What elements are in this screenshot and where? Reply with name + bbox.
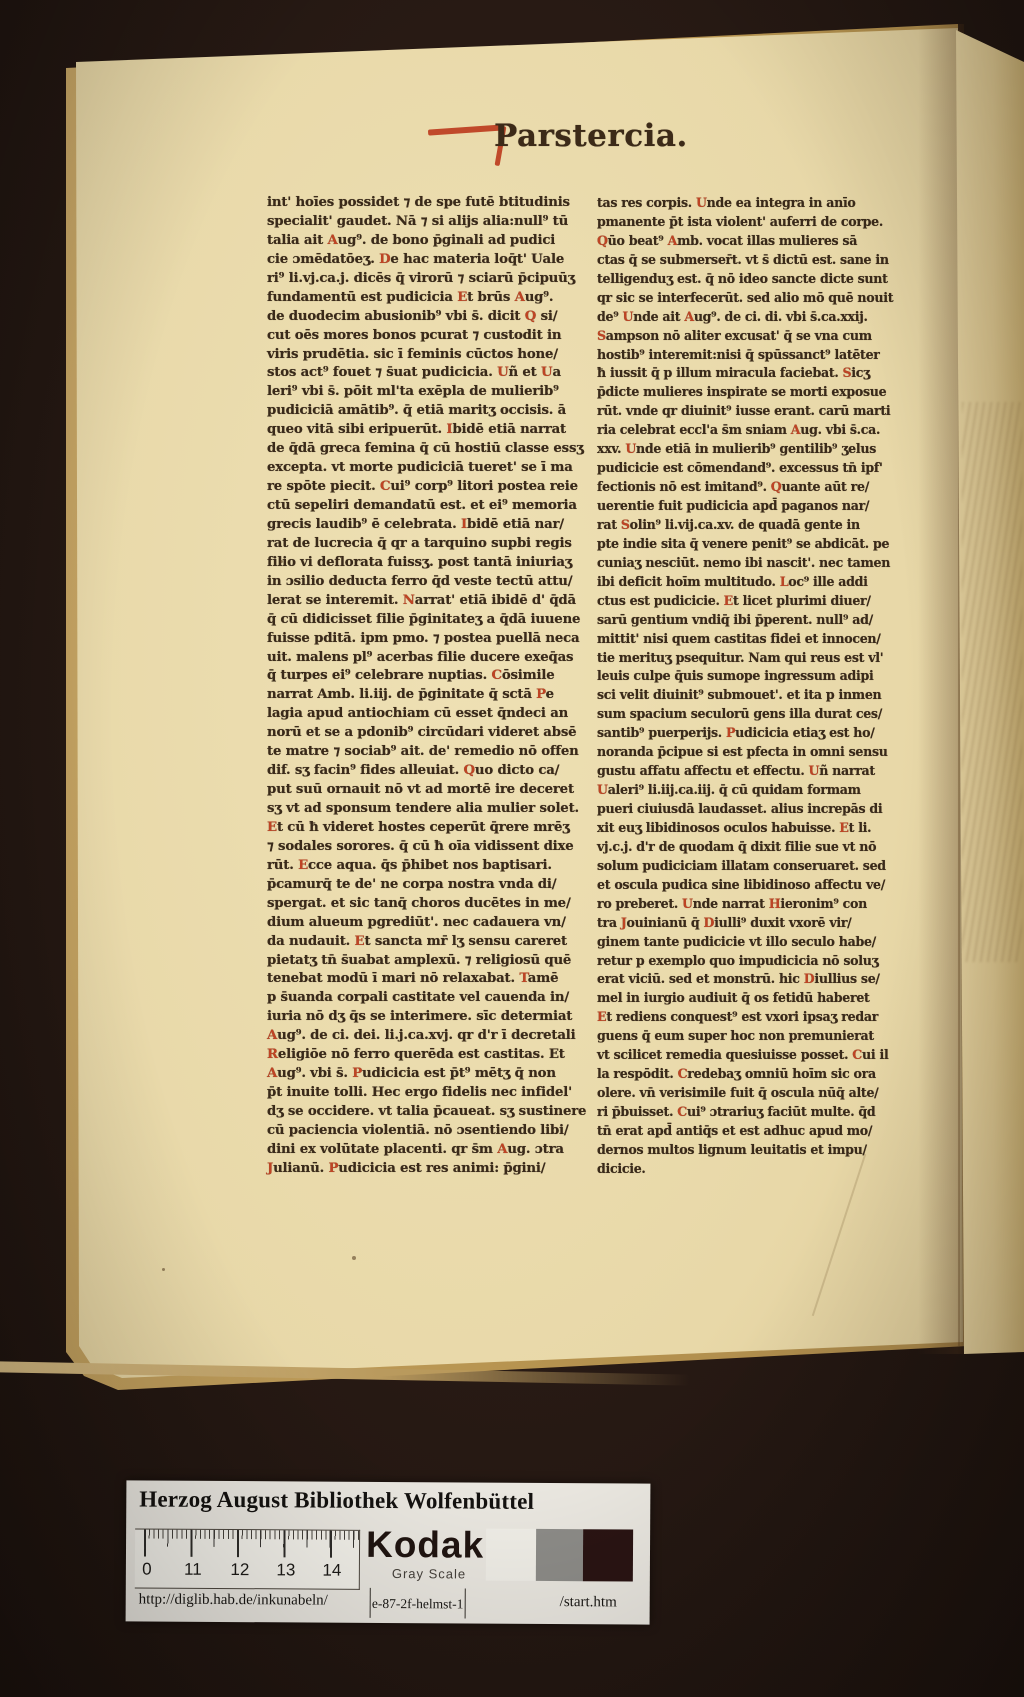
text-line: ctus est pudicicie. Et licet plurimi diu… xyxy=(597,592,871,611)
rubricated-initial: P xyxy=(328,1161,338,1176)
text-line: uit. malens pl⁹ acerbas filie ducere exe… xyxy=(267,649,579,668)
text-line: olere. vn̄ verisimile fuit q̄ oscula nūq… xyxy=(597,1084,871,1103)
rubricated-initial: S xyxy=(843,365,852,380)
text-line: Sampson nō aliter excusat' q̄ se vna cum xyxy=(597,327,871,346)
text-line: re spōte piecit. Cui⁹ corp⁹ litori poste… xyxy=(267,478,579,497)
text-line: Aug⁹. vbi s̄. Pudicicia est p̄t⁹ mētʒ q̄… xyxy=(267,1065,579,1084)
rubricated-initial: D xyxy=(704,915,715,930)
rubricated-initial: I xyxy=(461,517,467,532)
text-line: ro preberet. Unde narrat Hieronim⁹ con xyxy=(597,895,871,914)
text-line: Et cū ħ videret hostes ceperūt q̄rere mr… xyxy=(267,819,579,838)
text-line: telligenduʒ est. q̄ nō ideo sancte dicte… xyxy=(597,270,871,289)
text-line: ria celebrat eccl'a s̄m sniam Aug. vbi s… xyxy=(597,421,871,440)
rubricated-initial: U xyxy=(696,195,707,210)
rubricated-initial: T xyxy=(519,971,527,986)
page-title: Parstercia. xyxy=(494,118,688,154)
text-line: ħ iussit q̄ p illum miracula faciebat. S… xyxy=(597,364,871,383)
text-line: q̄ turpes ei⁹ celebrare nuptias. Cōsimil… xyxy=(267,667,579,686)
text-line: xxv. Unde etiā in mulierib⁹ gentilib⁹ ʒe… xyxy=(597,440,871,459)
text-line: pudiciciā amātib⁹. q̄ etiā maritʒ occisi… xyxy=(267,402,579,421)
text-line: uerentie fuit pudicicia apd̄ paganos nar… xyxy=(597,497,871,516)
text-line: leri⁹ vbi s̄. pōit ml'ta exēpla de mulie… xyxy=(267,383,579,402)
gray-scale-label: Gray Scale xyxy=(392,1566,466,1581)
text-line: xit euʒ libidinosos oculos habuisse. Et … xyxy=(597,819,871,838)
text-line: Et rediens conquest⁹ est vxori ipsaʒ red… xyxy=(597,1008,871,1027)
text-line: int' hoīes possidet ⁊ de spe futē btitud… xyxy=(267,194,579,213)
text-line: fuisse pditā. ipm pmo. ⁊ postea puellā n… xyxy=(267,630,579,649)
text-line: pmanente p̄t ista violent' auferri de co… xyxy=(597,213,871,232)
rubricated-initial: E xyxy=(724,593,733,608)
shelfmark: e-87-2f-helmst-1 xyxy=(370,1588,466,1619)
text-line: Qūo beat⁹ Amb. vocat illas mulieres sā xyxy=(597,232,871,251)
ruler-label: 12 xyxy=(230,1560,249,1580)
ruler-label: 14 xyxy=(322,1561,341,1581)
rubricated-initial: C xyxy=(678,1066,688,1081)
text-line: q̄ cū didicisset filie p̄ginitateʒ a q̄d… xyxy=(267,611,579,630)
card-bottom-row: http://diglib.hab.de/inkunabeln/ e-87-2f… xyxy=(126,1588,650,1621)
rubricated-initial: A xyxy=(267,1066,277,1081)
text-line: p s̄uanda corpali castitate vel cauenda … xyxy=(267,989,579,1008)
text-line: dini ex volūtate placenti. qr s̄m Aug. ɔ… xyxy=(267,1141,579,1160)
text-line: pietatʒ tn̄ s̄uabat amplexū. ⁊ religiosū… xyxy=(267,952,579,971)
text-line: santib⁹ puerperijs. Pudicicia etiaʒ est … xyxy=(597,724,871,743)
rubricated-initial: C xyxy=(491,668,501,683)
rubricated-initial: Q xyxy=(771,479,782,494)
library-reference-card: Herzog August Bibliothek Wolfenbüttel 0 … xyxy=(126,1480,651,1624)
text-line: tn̄ erat apd̄ antiq̄s et est adhuc apud … xyxy=(597,1122,871,1141)
text-line: leuis culpe q̄uis sumope ingressum adipi xyxy=(597,667,871,686)
text-line: specialit' gaudet. Nā ⁊ si alijs alia:nu… xyxy=(267,213,579,232)
rubricated-initial: Q xyxy=(597,233,608,248)
text-line: cie ɔmēdatōeʒ. De hac materia loq̄t' Ual… xyxy=(267,251,579,270)
text-line: de q̄dā greca femina q̄ cū hostiū classe… xyxy=(267,440,579,459)
text-line: p̄t inuite tolli. Hec ergo fidelis nec i… xyxy=(267,1084,579,1103)
text-line: ctas q̄ se submerser̄t. vt s̄ dictū est.… xyxy=(597,251,871,270)
text-line: dif. sʒ facin⁹ fides alleuiat. Quo dicto… xyxy=(267,762,579,781)
rubricated-initial: A xyxy=(515,290,525,305)
rubricated-initial: U xyxy=(623,309,634,324)
rubricated-initial: A xyxy=(684,309,693,324)
text-line: dʒ se occidere. vt talia p̄caueat. sʒ su… xyxy=(267,1103,579,1122)
text-line: gustu affatu affectu et effectu. Uñ narr… xyxy=(597,762,871,781)
text-line: vj.c.j. d'r de quodam q̄ dixit filie sue… xyxy=(597,838,871,857)
text-line: hostib⁹ interemit:nisi q̄ spūssanct⁹ lat… xyxy=(597,346,871,365)
text-line: norū et se a pdonib⁹ circūdari videret a… xyxy=(267,724,579,743)
rubricated-initial: D xyxy=(379,252,390,267)
text-line: ibi deficit hoīm multitudo. Loc⁹ ille ad… xyxy=(597,573,871,592)
foxing-speck xyxy=(705,447,708,450)
text-line: rūt. vnde qr diuinit⁹ iusse erant. carū … xyxy=(597,402,871,421)
photograph-of-incunabulum: Parstercia. int' hoīes possidet ⁊ de spe… xyxy=(0,0,1024,1697)
text-line: rūt. Ecce aqua. q̄s p̄hibet nos baptisar… xyxy=(267,857,579,876)
text-line: queo vitā sibi eripuerūt. Ibidē etiā nar… xyxy=(267,421,579,440)
kodak-wordmark: Kodak xyxy=(366,1524,484,1567)
text-line: mel in iurgio audiuit q̄ os fetidū haber… xyxy=(597,989,871,1008)
text-line: put suū ornauit nō vt ad mortē ire decer… xyxy=(267,781,579,800)
text-line: dernos multos lignum leuitatis et impu/ xyxy=(597,1141,871,1160)
foxing-speck xyxy=(280,560,283,563)
start-page-path: /start.htm xyxy=(560,1594,617,1611)
text-line: ginem tante pudicicie vt illo seculo hab… xyxy=(597,933,871,952)
text-line: p̄dicte mulieres inspirate se morti expo… xyxy=(597,383,871,402)
text-line: cuniaʒ nesciūt. nemo ibi nascit'. nec ta… xyxy=(597,554,871,573)
text-line: sum spacium seculorū gens illa durat ces… xyxy=(597,705,871,724)
grayscale-patch-white xyxy=(486,1529,536,1581)
foxing-speck xyxy=(352,1256,356,1260)
text-line: excepta. vt morte pudiciciā tueret' se ī… xyxy=(267,459,579,478)
text-line: erat viciū. sed et monstrū. hic Diullius… xyxy=(597,970,871,989)
rubricated-initial: J xyxy=(621,915,627,930)
text-column-right: tas res corpis. Unde ea integra in anīop… xyxy=(597,194,871,1179)
rubricated-initial: Q xyxy=(463,763,474,778)
text-line: viris prudētia. sic ī feminis cūctos hon… xyxy=(267,346,579,365)
rubricated-initial: U xyxy=(597,782,608,797)
rubricated-initial: L xyxy=(780,574,789,589)
rubricated-initial: P xyxy=(536,687,545,702)
rubricated-initial: J xyxy=(267,1161,273,1176)
text-line: noranda p̄cipue si est pfecta in omni se… xyxy=(597,743,871,762)
ruler-ticks xyxy=(135,1529,359,1557)
text-line: da nudauit. Et sancta mr̄ lʒ sensu carer… xyxy=(267,933,579,952)
text-line: cū paciencia violentiā. nō ɔsentiendo li… xyxy=(267,1122,579,1141)
text-line: lerat se interemit. Narrat' etiā ibidē d… xyxy=(267,592,579,611)
rubricated-initial: S xyxy=(597,328,606,343)
text-line: te matre ⁊ sociab⁹ ait. de' remedio nō o… xyxy=(267,743,579,762)
text-line: tie merituʒ psequitur. Nam qui reus est … xyxy=(597,649,871,668)
text-line: mittit' nisi quem castitas fidei et inno… xyxy=(597,630,871,649)
rubricated-initial: D xyxy=(804,971,815,986)
text-line: la respōdit. Credebaʒ omniū hoīm sic ora xyxy=(597,1065,871,1084)
rubricated-initial: R xyxy=(267,1047,278,1062)
text-line: lagia apud antiochiam cū esset q̄ndeci a… xyxy=(267,705,579,724)
text-line: tas res corpis. Unde ea integra in anīo xyxy=(597,194,871,213)
rubricated-initial: Q xyxy=(525,309,536,324)
text-line: ctū sepeliri demandatū est. et ei⁹ memor… xyxy=(267,497,579,516)
rubricated-initial: E xyxy=(839,820,848,835)
rubricated-initial: E xyxy=(457,290,467,305)
text-line: pudicicie est cōmendand⁹. excessus tn̄ i… xyxy=(597,459,871,478)
rubricated-initial: A xyxy=(328,233,338,248)
text-line: pte indie sita q̄ venere penit⁹ se abdic… xyxy=(597,535,871,554)
rubricated-initial: E xyxy=(597,1009,606,1024)
text-line: talia ait Aug⁹. de bono p̄ginali ad pudi… xyxy=(267,232,579,251)
rubricated-initial: H xyxy=(769,896,781,911)
text-line: vt scilicet remedia quesiuisse posset. C… xyxy=(597,1046,871,1065)
library-url: http://diglib.hab.de/inkunabeln/ xyxy=(139,1591,328,1609)
grayscale-patch-dark xyxy=(583,1529,633,1581)
text-line: dium alueum pgrediūt'. nec cadauera vn/ xyxy=(267,914,579,933)
library-name: Herzog August Bibliothek Wolfenbüttel xyxy=(139,1486,534,1514)
ruler-label: 11 xyxy=(184,1560,202,1580)
text-line: Aug⁹. de ci. dei. li.j.ca.xvj. qr d'r ī … xyxy=(267,1027,579,1046)
rubricated-initial: P xyxy=(352,1066,362,1081)
text-line: p̄camurq̄ te de' ne corpa nostra vnda di… xyxy=(267,876,579,895)
rubricated-initial: S xyxy=(621,517,630,532)
text-line: grecis laudib⁹ ē celebrata. Ibidē etiā n… xyxy=(267,516,579,535)
text-line: et oscula pudica sine libidinoso affectu… xyxy=(597,876,871,895)
text-line: sarū gentium vndiq̄ ibi p̄perent. null⁹ … xyxy=(597,611,871,630)
text-line: pueri ciuiusdā laudasset. alius increpās… xyxy=(597,800,871,819)
foxing-speck xyxy=(162,1268,165,1271)
text-line: de duodecim abusionib⁹ vbi s̄. dicit Q s… xyxy=(267,308,579,327)
rubricated-initial: A xyxy=(497,1142,507,1157)
text-line: retur p exemplo quo impudicicia nō soluʒ xyxy=(597,952,871,971)
text-line: guens q̄ eum super hoc non premunierat xyxy=(597,1027,871,1046)
text-showthrough xyxy=(962,402,1022,962)
text-line: Religiōe nō ferro querēda est castitas. … xyxy=(267,1046,579,1065)
text-line: fundamentū est pudicicia Et brūs Aug⁹. xyxy=(267,289,579,308)
text-line: Julianū. Pudicicia est res animi: p̄gini… xyxy=(267,1160,579,1179)
rubricated-initial: P xyxy=(726,725,735,740)
rubricated-initial: U xyxy=(809,763,820,778)
text-line: spergat. et sic tanq̄ choros ducētes in … xyxy=(267,895,579,914)
grayscale-patch-gray xyxy=(536,1529,583,1581)
text-line: sʒ vt ad sponsum tendere alia mulier sol… xyxy=(267,800,579,819)
text-line: ri⁹ li.vj.ca.j. dicēs q̄ virorū ⁊ sciarū… xyxy=(267,270,579,289)
text-column-left: int' hoīes possidet ⁊ de spe futē btitud… xyxy=(267,194,579,1179)
text-line: qr sic se interfecerūt. sed alio mō quē … xyxy=(597,289,871,308)
text-line: ⁊ sodales sorores. q̄ cū ħ oīa vidissent… xyxy=(267,838,579,857)
text-line: cut oēs mores bonos pcurat ⁊ custodit in xyxy=(267,327,579,346)
text-line: ri p̄buisset. Cui⁹ ɔtrariuʒ faciūt multe… xyxy=(597,1103,871,1122)
rubricated-initial: U xyxy=(541,365,552,380)
text-line: tenebat modū ī mari nō relaxabat. Tamē xyxy=(267,970,579,989)
adjacent-page-edge xyxy=(956,22,1024,1356)
text-line: stos act⁹ fouet ⁊ s̄uat pudicicia. Uñ et… xyxy=(267,364,579,383)
text-line: rat Solin⁹ li.vij.ca.xv. de quadā gente … xyxy=(597,516,871,535)
rubricated-initial: C xyxy=(852,1047,862,1062)
rubricated-initial: A xyxy=(791,422,800,437)
rubricated-initial: C xyxy=(380,479,390,494)
rubricated-initial: A xyxy=(267,1028,277,1043)
text-line: fectionis nō est imitand⁹. Quante aūt re… xyxy=(597,478,871,497)
text-line: de⁹ Unde ait Aug⁹. de ci. di. vbi s̄.ca.… xyxy=(597,308,871,327)
text-line: narrat Amb. li.iij. de p̄ginitate q̄ sct… xyxy=(267,686,579,705)
text-line: Ualeri⁹ li.iij.ca.iij. q̄ cū quidam form… xyxy=(597,781,871,800)
ruler-label: 13 xyxy=(276,1560,295,1580)
ruler-label: 0 xyxy=(142,1559,152,1579)
measurement-ruler: 0 11 12 13 14 xyxy=(135,1528,360,1589)
text-line: iuria nō dʒ q̄s se interimere. sīc deter… xyxy=(267,1008,579,1027)
text-line: dicicie. xyxy=(597,1160,871,1179)
rubricated-initial: I xyxy=(446,422,452,437)
text-line: in ɔsilio deducta ferro q̄d veste tectū … xyxy=(267,573,579,592)
rubricated-initial: E xyxy=(355,934,365,949)
rubricated-initial: N xyxy=(403,593,415,608)
rubricated-initial: E xyxy=(267,820,277,835)
rubricated-initial: U xyxy=(625,441,636,456)
text-line: rat de lucrecia q̄ qr a tarquino supbi r… xyxy=(267,535,579,554)
text-line: tra Jouinianū q̄ Diulli⁹ duxit vxorē vir… xyxy=(597,914,871,933)
rubricated-initial: U xyxy=(497,365,508,380)
rubricated-initial: A xyxy=(668,233,677,248)
rubricated-initial: E xyxy=(298,858,308,873)
text-line: filio vi deflorata fuissʒ. post tantā in… xyxy=(267,554,579,573)
text-line: solum pudiciciam illatam conseruaret. se… xyxy=(597,857,871,876)
rubricated-initial: C xyxy=(677,1104,687,1119)
rubricated-initial: U xyxy=(682,896,693,911)
text-line: sci velit diuinit⁹ submouet'. et ita p i… xyxy=(597,686,871,705)
